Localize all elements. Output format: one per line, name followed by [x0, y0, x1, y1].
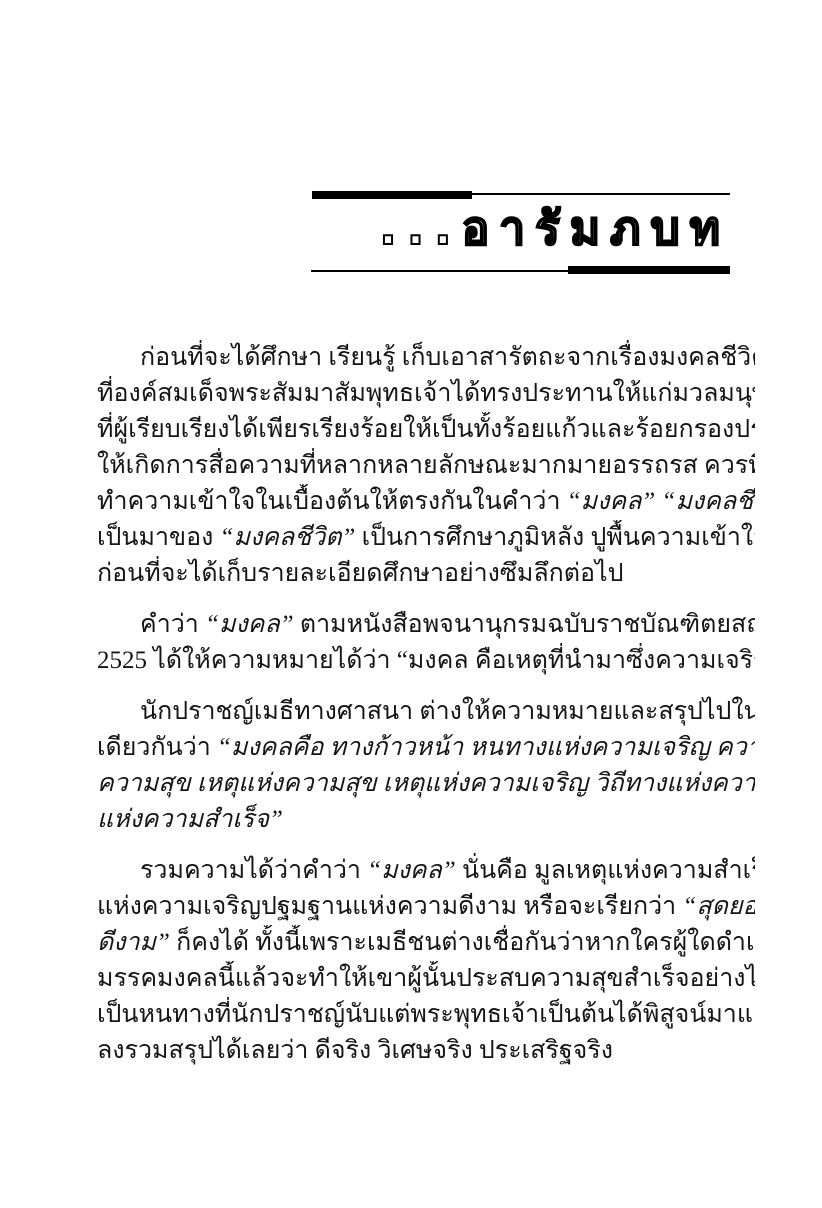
text-run: แห่งความเจริญปฐมฐานแห่งความดีงาม หรือจะเ…: [97, 893, 682, 920]
paragraph: นักปราชญ์เมธีทางศาสนา ต่างให้ความหมายและ…: [97, 694, 755, 838]
text-line: เดียวกันว่า “มงคลคือ ทางก้าวหน้า หนทางแห…: [97, 730, 755, 766]
text-run: ก่อนที่จะได้ศึกษา เรียนรู้ เก็บเอาสารัตถ…: [140, 344, 755, 371]
text-run: 2525 ได้ให้ความหมายได้ว่า “มงคล คือเหตุท…: [97, 647, 755, 674]
text-line: รวมความได้ว่าคำว่า “มงคล” นั่นคือ มูลเหต…: [97, 853, 755, 889]
text-line: แห่งความสำเร็จ”: [97, 802, 755, 838]
text-run: ทำความเข้าใจในเบื้องต้นให้ตรงกันในคำว่า: [97, 488, 567, 515]
text-line: ที่องค์สมเด็จพระสัมมาสัมพุทธเจ้าได้ทรงปร…: [97, 376, 755, 412]
emphasized-text: “มงคล” “มงคลชีวิต”: [567, 488, 755, 515]
text-line: ดีงาม” ก็คงได้ ทั้งนี้เพราะเมธีชนต่างเชื…: [97, 925, 755, 961]
emphasized-text: แห่งความสำเร็จ”: [97, 806, 283, 833]
header-rule-top-thin: [470, 193, 730, 195]
emphasized-text: ดีงาม”: [97, 929, 170, 956]
text-run: เป็นหนทางที่นักปราชญ์นับแต่พระพุทธเจ้าเป…: [97, 1001, 755, 1028]
text-line: เป็นมาของ “มงคลชีวิต” เป็นการศึกษาภูมิหล…: [97, 520, 755, 556]
text-line: เป็นหนทางที่นักปราชญ์นับแต่พระพุทธเจ้าเป…: [97, 997, 755, 1033]
emphasized-text: “มงคล”: [367, 857, 456, 884]
header-rule-top-thick: [312, 191, 472, 199]
text-line: ให้เกิดการสื่อความที่หลากหลายลักษณะมากมา…: [97, 448, 755, 484]
text-line: ก่อนที่จะได้เก็บรายละเอียดศึกษาอย่างซึมล…: [97, 556, 755, 592]
text-run: ลงรวมสรุปได้เลยว่า ดีจริง วิเศษจริง ประเ…: [97, 1037, 613, 1064]
emphasized-text: “มงคลคือ ทางก้าวหน้า หนทางแห่งความเจริญ …: [217, 734, 755, 761]
text-run: ก่อนที่จะได้เก็บรายละเอียดศึกษาอย่างซึมล…: [97, 560, 624, 587]
text-run: นั่นคือ มูลเหตุแห่งความสำเร็จ องค์รวม: [456, 857, 755, 884]
text-run: ที่ผู้เรียบเรียงได้เพียรเรียงร้อยให้เป็น…: [97, 416, 755, 443]
text-run: ตามหนังสือพจนานุกรมฉบับราชบัณฑิตยสถาน พ.…: [294, 611, 755, 638]
text-run: นักปราชญ์เมธีทางศาสนา ต่างให้ความหมายและ…: [140, 698, 755, 725]
header-rule-bottom-thin: [311, 270, 570, 272]
header-rule-bottom-thick: [568, 266, 730, 274]
text-run: ที่องค์สมเด็จพระสัมมาสัมพุทธเจ้าได้ทรงปร…: [97, 380, 755, 407]
text-line: ก่อนที่จะได้ศึกษา เรียนรู้ เก็บเอาสารัตถ…: [97, 340, 755, 376]
text-line: ทำความเข้าใจในเบื้องต้นให้ตรงกันในคำว่า …: [97, 484, 755, 520]
text-line: ลงรวมสรุปได้เลยว่า ดีจริง วิเศษจริง ประเ…: [97, 1033, 755, 1069]
paragraph: รวมความได้ว่าคำว่า “มงคล” นั่นคือ มูลเหต…: [97, 853, 755, 1069]
text-run: เป็นมาของ: [97, 524, 220, 551]
emphasized-text: “มงคลชีวิต”: [220, 524, 356, 551]
text-run: รวมความได้ว่าคำว่า: [140, 857, 367, 884]
text-run: ให้เกิดการสื่อความที่หลากหลายลักษณะมากมา…: [97, 452, 755, 479]
text-run: ก็คงได้ ทั้งนี้เพราะเมธีชนต่างเชื่อกันว่…: [170, 929, 755, 956]
text-run: มรรคมงคลนี้แล้วจะทำให้เขาผู้นั้นประสบควา…: [97, 965, 755, 992]
emphasized-text: “สุดยอดแห่งความ: [682, 893, 755, 920]
text-run: คำว่า: [140, 611, 205, 638]
text-line: คำว่า “มงคล” ตามหนังสือพจนานุกรมฉบับราชบ…: [97, 607, 755, 643]
paragraph: คำว่า “มงคล” ตามหนังสือพจนานุกรมฉบับราชบ…: [97, 607, 755, 679]
book-page: ...อารัมภบท ก่อนที่จะได้ศึกษา เรียนรู้ เ…: [0, 0, 822, 1208]
emphasized-text: ความสุข เหตุแห่งความสุข เหตุแห่งความเจริ…: [97, 770, 755, 797]
text-run: เดียวกันว่า: [97, 734, 217, 761]
text-line: มรรคมงคลนี้แล้วจะทำให้เขาผู้นั้นประสบควา…: [97, 961, 755, 997]
chapter-title: ...อารัมภบท: [379, 203, 730, 254]
text-line: นักปราชญ์เมธีทางศาสนา ต่างให้ความหมายและ…: [97, 694, 755, 730]
text-line: 2525 ได้ให้ความหมายได้ว่า “มงคล คือเหตุท…: [97, 643, 755, 679]
text-line: แห่งความเจริญปฐมฐานแห่งความดีงาม หรือจะเ…: [97, 889, 755, 925]
text-line: ความสุข เหตุแห่งความสุข เหตุแห่งความเจริ…: [97, 766, 755, 802]
emphasized-text: “มงคล”: [205, 611, 294, 638]
text-run: เป็นการศึกษาภูมิหลัง ปูพื้นความเข้าใจ รู…: [355, 524, 755, 551]
body-text: ก่อนที่จะได้ศึกษา เรียนรู้ เก็บเอาสารัตถ…: [97, 340, 755, 1069]
text-line: ที่ผู้เรียบเรียงได้เพียรเรียงร้อยให้เป็น…: [97, 412, 755, 448]
paragraph: ก่อนที่จะได้ศึกษา เรียนรู้ เก็บเอาสารัตถ…: [97, 340, 755, 592]
